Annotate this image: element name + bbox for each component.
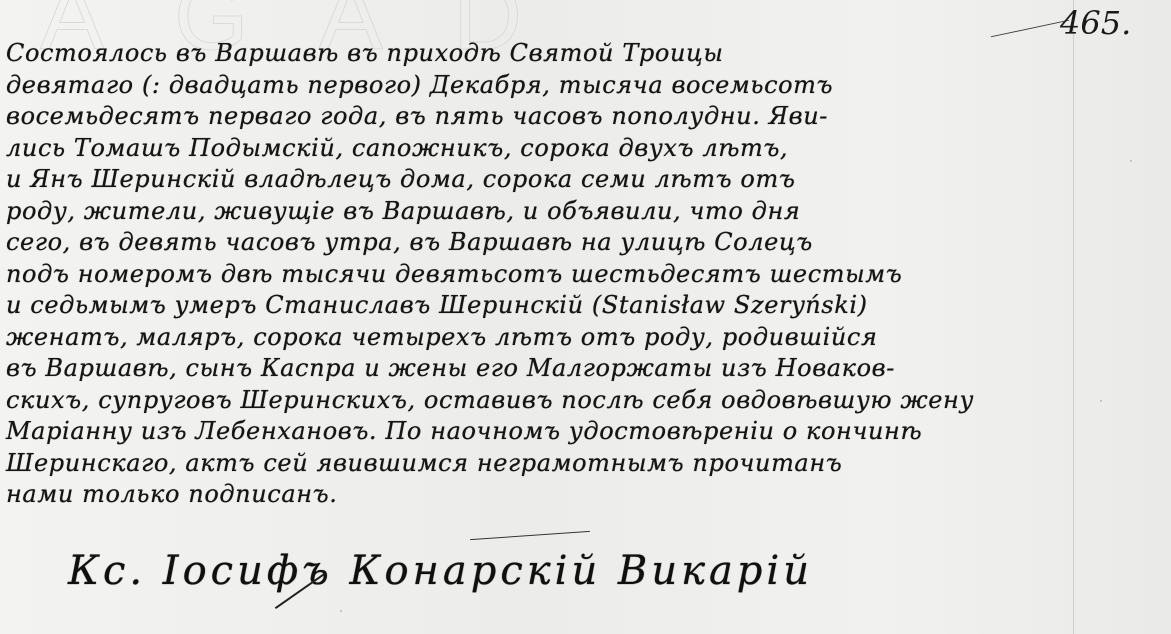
paper-speck <box>1100 400 1102 402</box>
record-line: Шеринскаго, актъ сей явившимся неграмотн… <box>6 448 1116 480</box>
record-line: нами только подписанъ. <box>6 479 1116 511</box>
record-line: въ Варшавѣ, сынъ Каспра и жены его Малго… <box>6 353 1116 385</box>
record-line: скихъ, супруговъ Шеринскихъ, оставивъ по… <box>6 385 1116 417</box>
priest-signature: Кс. Іосифъ Конарскій Викарій <box>68 548 813 594</box>
paper-speck <box>340 610 342 612</box>
paper-speck <box>1130 160 1132 162</box>
page-number: 465. <box>1060 4 1131 42</box>
record-line: подъ номеромъ двѣ тысячи девятьсотъ шест… <box>6 259 1116 291</box>
closing-flourish <box>470 531 590 540</box>
record-line: и Янъ Шеринскій владѣлецъ дома, сорока с… <box>6 164 1116 196</box>
page-number-rule <box>991 20 1069 38</box>
record-line: сего, въ девять часовъ утра, въ Варшавѣ … <box>6 227 1116 259</box>
record-line: восемьдесятъ перваго года, въ пять часов… <box>6 101 1116 133</box>
record-line: и седьмымъ умеръ Станиславъ Шеринскій (S… <box>6 290 1116 322</box>
record-line: девятаго (: двадцать первого) Декабря, т… <box>6 70 1116 102</box>
record-line: роду, жители, живущіе въ Варшавѣ, и объя… <box>6 196 1116 228</box>
record-line: Состоялось въ Варшавѣ въ приходѣ Святой … <box>6 38 1116 70</box>
record-line: женатъ, маляръ, сорока четырехъ лѣтъ отъ… <box>6 322 1116 354</box>
record-body: Состоялось въ Варшавѣ въ приходѣ Святой … <box>6 38 1116 511</box>
record-line: лись Томашъ Подымскій, сапожникъ, сорока… <box>6 133 1116 165</box>
document-page: AGAD 465. Состоялось въ Варшавѣ въ прихо… <box>0 0 1171 634</box>
record-line: Маріанну изъ Лебенхановъ. По наочномъ уд… <box>6 416 1116 448</box>
